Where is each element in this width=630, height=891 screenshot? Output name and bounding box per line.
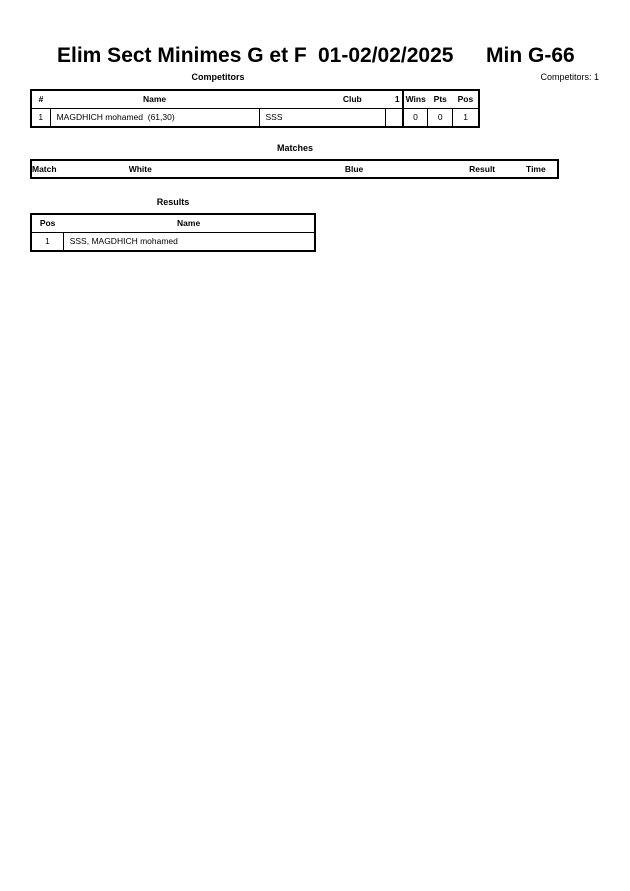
col-time: Time [514,160,558,178]
competitors-count: Competitors: 1 [540,72,599,82]
competitor-name: MAGDHICH mohamed (61,30) [50,109,259,128]
competitor-pos: 1 [453,109,479,128]
competitors-heading: Competitors [158,72,278,82]
competitor-pts: 0 [428,109,453,128]
result-pos: 1 [31,233,63,252]
competitor-club: SSS [259,109,386,128]
col-club: Club [259,90,386,109]
event-dates: 01-02/02/2025 [318,44,453,68]
matches-header-row: Match White Blue Result Time [31,160,558,178]
matches-table: Match White Blue Result Time [30,159,559,179]
competitor-wins: 0 [403,109,428,128]
col-match: Match [31,160,101,178]
result-name: SSS, MAGDHICH mohamed [63,233,315,252]
col-name: Name [63,214,315,233]
competitor-round-1 [386,109,403,128]
col-pos: Pos [453,90,479,109]
col-white: White [101,160,300,178]
competitors-header-row: # Name Club 1 Wins Pts Pos [31,90,479,109]
table-row: 1 MAGDHICH mohamed (61,30) SSS 0 0 1 [31,109,479,128]
col-wins: Wins [403,90,428,109]
col-blue: Blue [300,160,469,178]
table-row: 1 SSS, MAGDHICH mohamed [31,233,315,252]
col-pts: Pts [428,90,453,109]
event-name: Elim Sect Minimes G et F [57,44,307,68]
col-result: Result [469,160,514,178]
matches-heading: Matches [235,143,355,153]
col-name: Name [50,90,259,109]
competitor-num: 1 [31,109,50,128]
weight-category: Min G-66 [486,44,575,68]
col-pos: Pos [31,214,63,233]
col-num: # [31,90,50,109]
col-round-1: 1 [386,90,403,109]
competitors-table: # Name Club 1 Wins Pts Pos 1 MAGDHICH mo… [30,89,480,128]
results-header-row: Pos Name [31,214,315,233]
results-heading: Results [113,197,233,207]
results-table: Pos Name 1 SSS, MAGDHICH mohamed [30,213,316,252]
